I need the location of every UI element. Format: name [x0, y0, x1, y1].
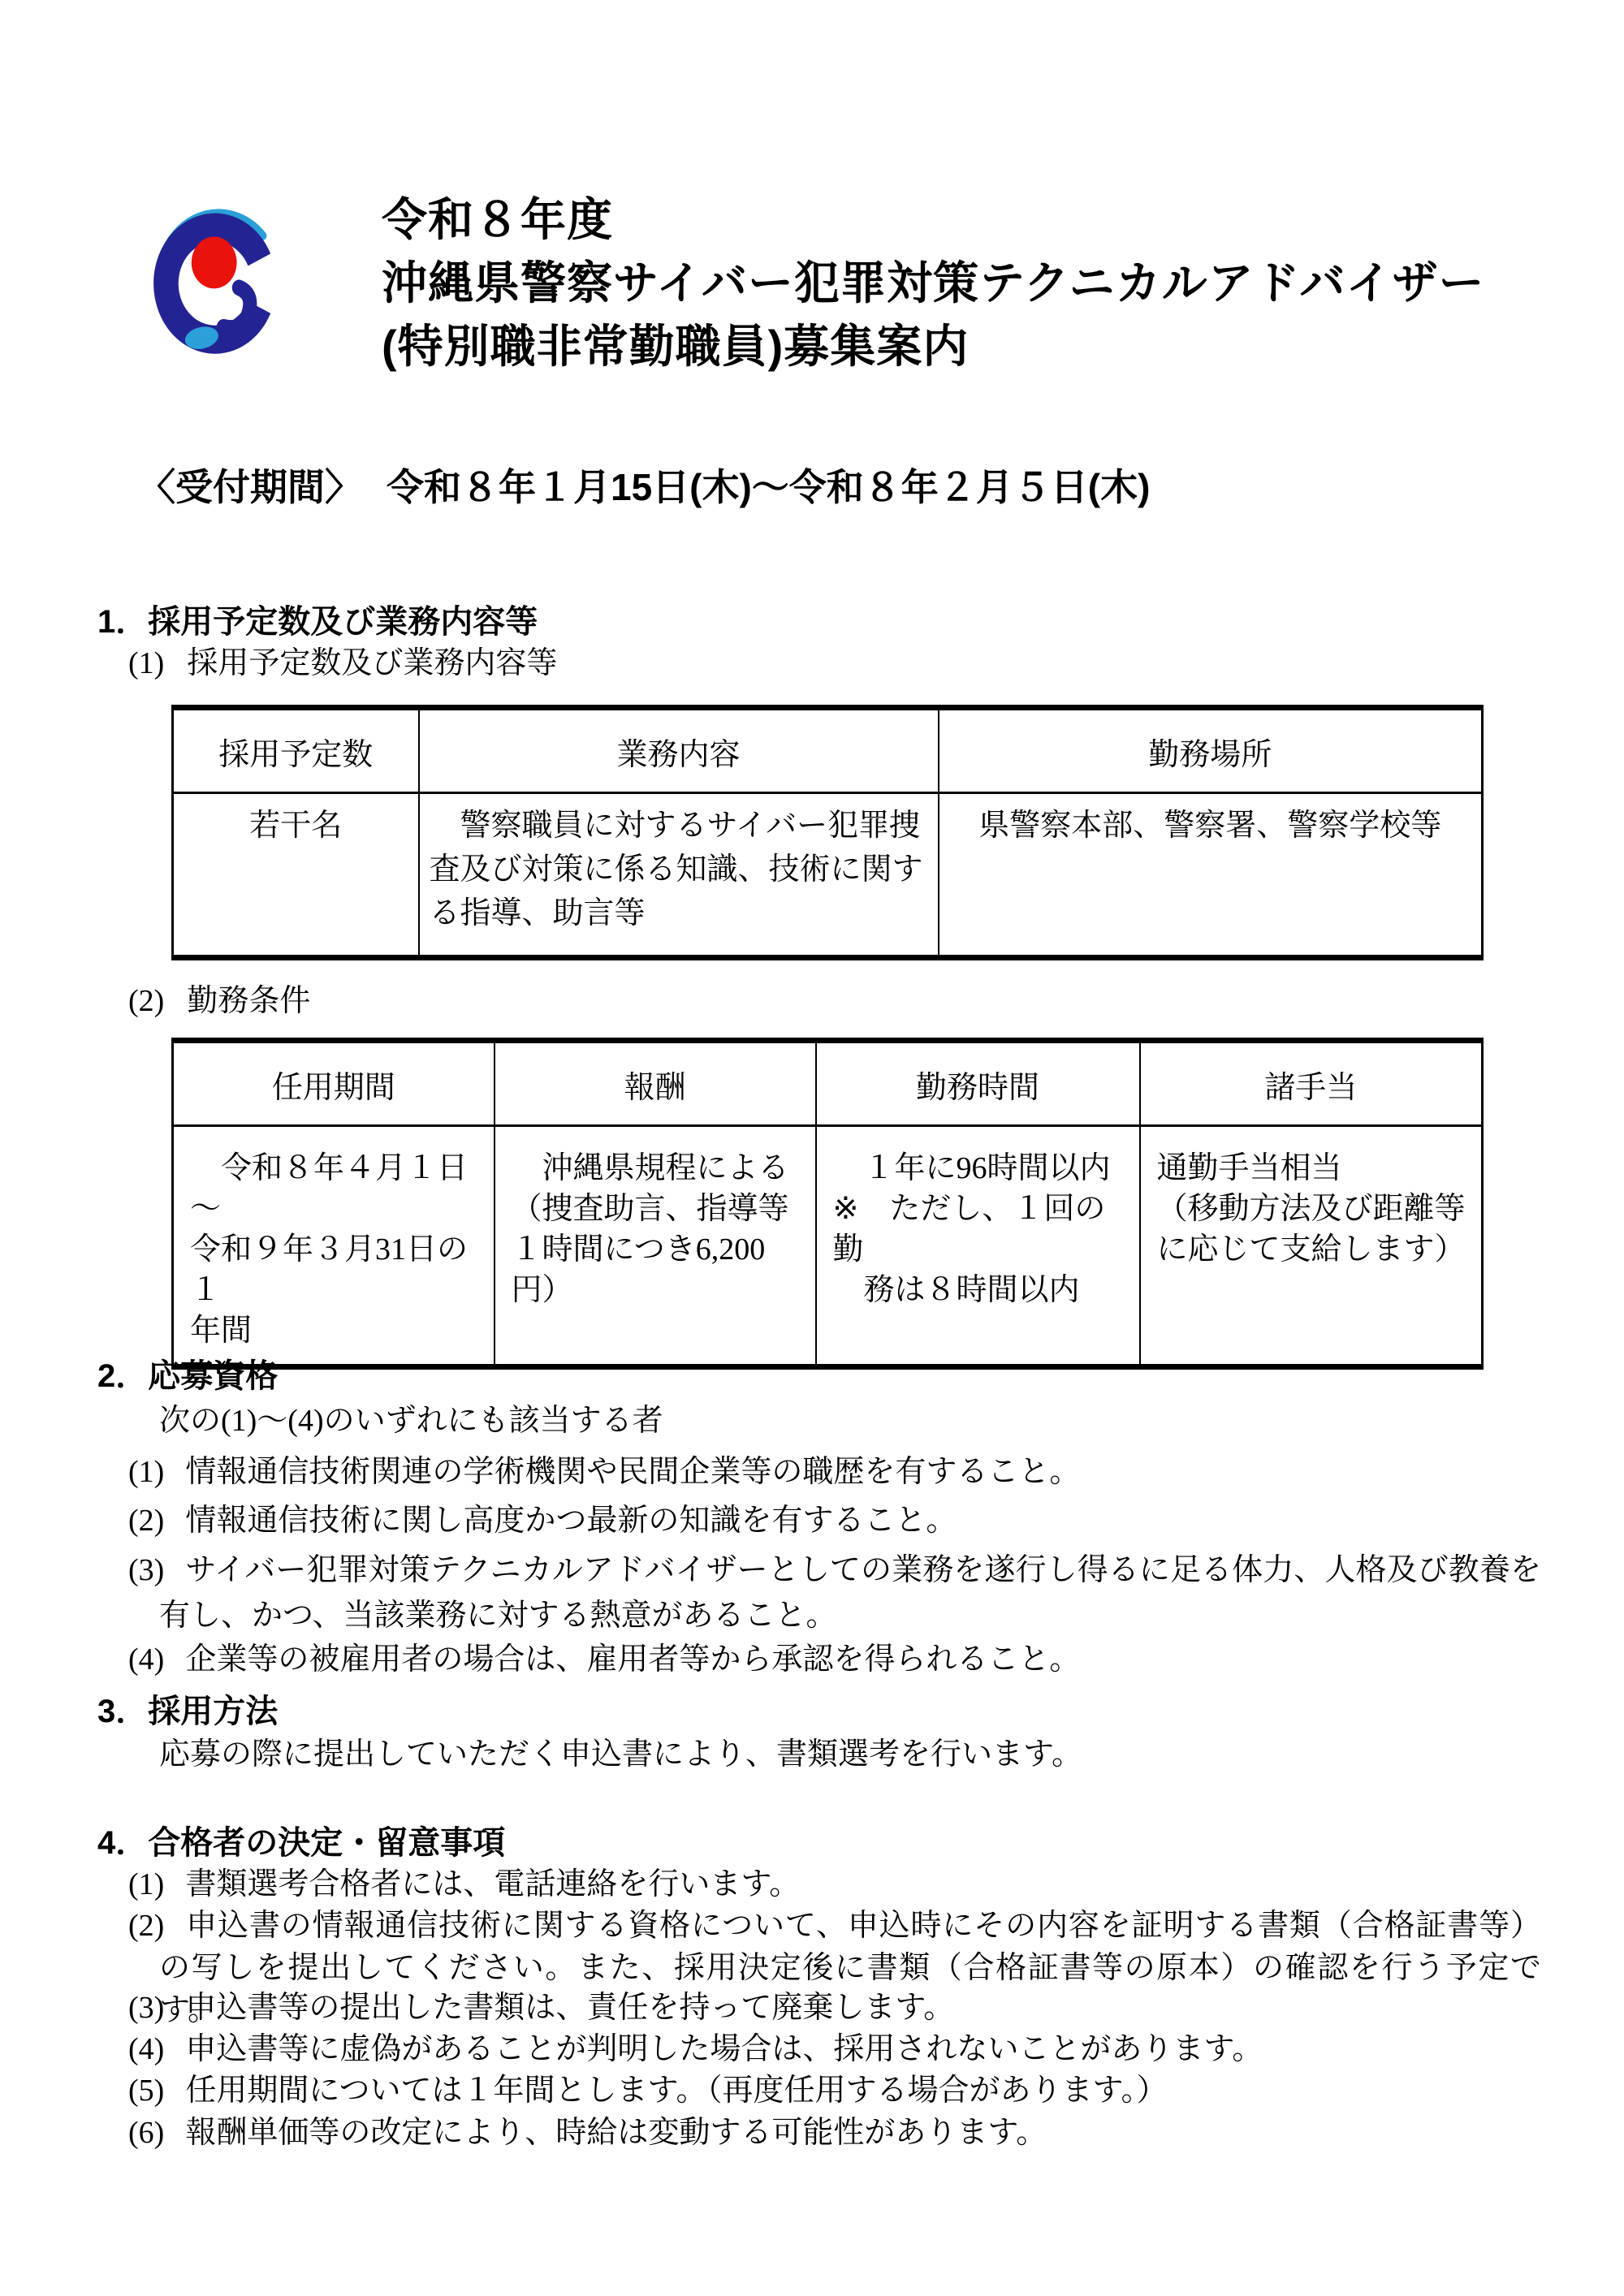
- section4-item5: (5)任用期間については１年間とします。（再度任用する場合があります。）: [159, 2071, 1541, 2110]
- section4-item4-text: 申込書等に虚偽があることが判明した場合は、採用されないことがあります。: [185, 2032, 1263, 2066]
- section4-item6-marker: (6): [128, 2116, 164, 2150]
- table1-cell-planned-hires: 若干名: [173, 793, 419, 958]
- section2-item4: (4)企業等の被雇用者の場合は、雇用者等から承認を得られること。: [159, 1640, 1541, 1679]
- recruitment-overview-table: 採用予定数 業務内容 勤務場所 若干名 警察職員に対するサイバー犯罪捜 査及び対…: [171, 705, 1484, 960]
- section2-item2-text: 情報通信技術に関し高度かつ最新の知識を有すること。: [185, 1504, 957, 1538]
- section1-heading: 1．採用予定数及び業務内容等: [97, 602, 538, 642]
- section2-item1: (1)情報通信技術関連の学術機関や民間企業等の職歴を有すること。: [159, 1452, 1541, 1491]
- section4-item6: (6)報酬単価等の改定により、時給は変動する可能性があります。: [159, 2113, 1541, 2152]
- table2-cell-working-hours: １年に96時間以内 ※ ただし、１回の勤 務は８時間以内: [816, 1126, 1140, 1367]
- title-line-fiscal-year: 令和８年度: [382, 188, 1567, 252]
- section4-item4-marker: (4): [128, 2032, 164, 2066]
- table2-header-working-hours: 勤務時間: [816, 1041, 1140, 1126]
- table1-cell-duties: 警察職員に対するサイバー犯罪捜 査及び対策に係る知識、技術に関す る指導、助言等: [419, 793, 939, 958]
- table1-header-planned-hires: 採用予定数: [173, 708, 419, 793]
- section4-item1: (1)書類選考合格者には、電話連絡を行います。: [159, 1865, 1541, 1904]
- section2-item4-marker: (4): [128, 1642, 164, 1677]
- section2-intro: 次の(1)～(4)のいずれにも該当する者: [159, 1401, 663, 1440]
- section2-item1-marker: (1): [128, 1455, 164, 1489]
- section4-item1-text: 書類選考合格者には、電話連絡を行います。: [185, 1867, 800, 1901]
- table2-cell-allowances: 通勤手当相当 （移動方法及び距離等 に応じて支給します）: [1140, 1126, 1483, 1367]
- table1-cell-work-location: 県警察本部、警察署、警察学校等: [939, 793, 1483, 958]
- table2-data-row: 令和８年４月１日～ 令和９年３月31日の１ 年間 沖縄県規程による （捜査助言、…: [173, 1126, 1483, 1367]
- table2-header-appointment-period: 任用期間: [173, 1041, 495, 1126]
- title-line-position: 沖縄県警察サイバー犯罪対策テクニカルアドバイザー: [382, 252, 1567, 315]
- section4-item5-marker: (5): [128, 2074, 164, 2108]
- section1-item2-marker: (2): [128, 984, 164, 1018]
- section4-item4: (4)申込書等に虚偽があることが判明した場合は、採用されないことがあります。: [159, 2030, 1541, 2069]
- section1-item1-label: 採用予定数及び業務内容等: [187, 646, 557, 680]
- section1-item2-label: 勤務条件: [187, 984, 310, 1018]
- section2-item3-marker: (3): [128, 1553, 164, 1587]
- table2-header-row: 任用期間 報酬 勤務時間 諸手当: [173, 1041, 1483, 1126]
- table1-header-duties: 業務内容: [419, 708, 939, 793]
- reception-period-value: 令和８年１月15日(木)～令和８年２月５日(木): [387, 466, 1150, 508]
- section2-item2: (2)情報通信技術に関し高度かつ最新の知識を有すること。: [159, 1501, 1541, 1540]
- okinawa-police-logo: [146, 195, 292, 362]
- section2-heading: 2．応募資格: [97, 1356, 278, 1396]
- okinawa-police-logo-graphic: [146, 195, 292, 362]
- logo-navy-hook: [223, 287, 249, 328]
- title-line-category: (特別職非常勤職員)募集案内: [382, 315, 1567, 378]
- table2-header-remuneration: 報酬: [495, 1041, 816, 1126]
- table1-data-row: 若干名 警察職員に対するサイバー犯罪捜 査及び対策に係る知識、技術に関す る指導…: [173, 793, 1483, 958]
- section4-item6-text: 報酬単価等の改定により、時給は変動する可能性があります。: [185, 2116, 1047, 2150]
- section2-item3-text: サイバー犯罪対策テクニカルアドバイザーとしての業務を遂行し得るに足る体力、人格及…: [159, 1553, 1541, 1633]
- section2-item1-text: 情報通信技術関連の学術機関や民間企業等の職歴を有すること。: [185, 1455, 1080, 1489]
- working-conditions-table: 任用期間 報酬 勤務時間 諸手当 令和８年４月１日～ 令和９年３月31日の１ 年…: [171, 1038, 1484, 1370]
- section3-body: 応募の際に提出していただく申込書により、書類選考を行います。: [159, 1735, 1082, 1774]
- table1-header-work-location: 勤務場所: [939, 708, 1483, 793]
- section1-item1: (1)採用予定数及び業務内容等: [128, 644, 557, 683]
- reception-period-label: 〈受付期間〉: [138, 466, 362, 508]
- table2-cell-appointment-period: 令和８年４月１日～ 令和９年３月31日の１ 年間: [173, 1126, 495, 1367]
- section2-item4-text: 企業等の被雇用者の場合は、雇用者等から承認を得られること。: [185, 1642, 1080, 1677]
- table1-header-row: 採用予定数 業務内容 勤務場所: [173, 708, 1483, 793]
- logo-red-circle: [192, 237, 237, 289]
- table2-header-allowances: 諸手当: [1140, 1041, 1483, 1126]
- table2-cell-remuneration: 沖縄県規程による （捜査助言、指導等 １時間につき6,200円）: [495, 1126, 816, 1367]
- section1-item2: (2)勤務条件: [128, 982, 310, 1021]
- section4-item3-text: 申込書等の提出した書類は、責任を持って廃棄します。: [185, 1991, 954, 2025]
- section4-item1-marker: (1): [128, 1867, 164, 1901]
- recruitment-notice-page: { "logo": { "name": "沖縄県警察シンボルマーク", "nav…: [0, 0, 1624, 2296]
- section4-item2-marker: (2): [128, 1909, 164, 1943]
- section4-item5-text: 任用期間については１年間とします。（再度任用する場合があります。）: [185, 2074, 1167, 2108]
- section4-item3-marker: (3): [128, 1991, 164, 2025]
- section2-item2-marker: (2): [128, 1504, 164, 1538]
- section4-item3: (3)申込書等の提出した書類は、責任を持って廃棄します。: [159, 1988, 1541, 2027]
- section2-item3: (3)サイバー犯罪対策テクニカルアドバイザーとしての業務を遂行し得るに足る体力、…: [159, 1547, 1541, 1638]
- section4-heading: 4．合格者の決定・留意事項: [97, 1823, 505, 1863]
- document-title: 令和８年度 沖縄県警察サイバー犯罪対策テクニカルアドバイザー (特別職非常勤職員…: [382, 188, 1567, 378]
- section3-heading: 3．採用方法: [97, 1691, 278, 1732]
- reception-period: 〈受付期間〉令和８年１月15日(木)～令和８年２月５日(木): [138, 463, 1150, 511]
- section1-item1-marker: (1): [128, 646, 164, 680]
